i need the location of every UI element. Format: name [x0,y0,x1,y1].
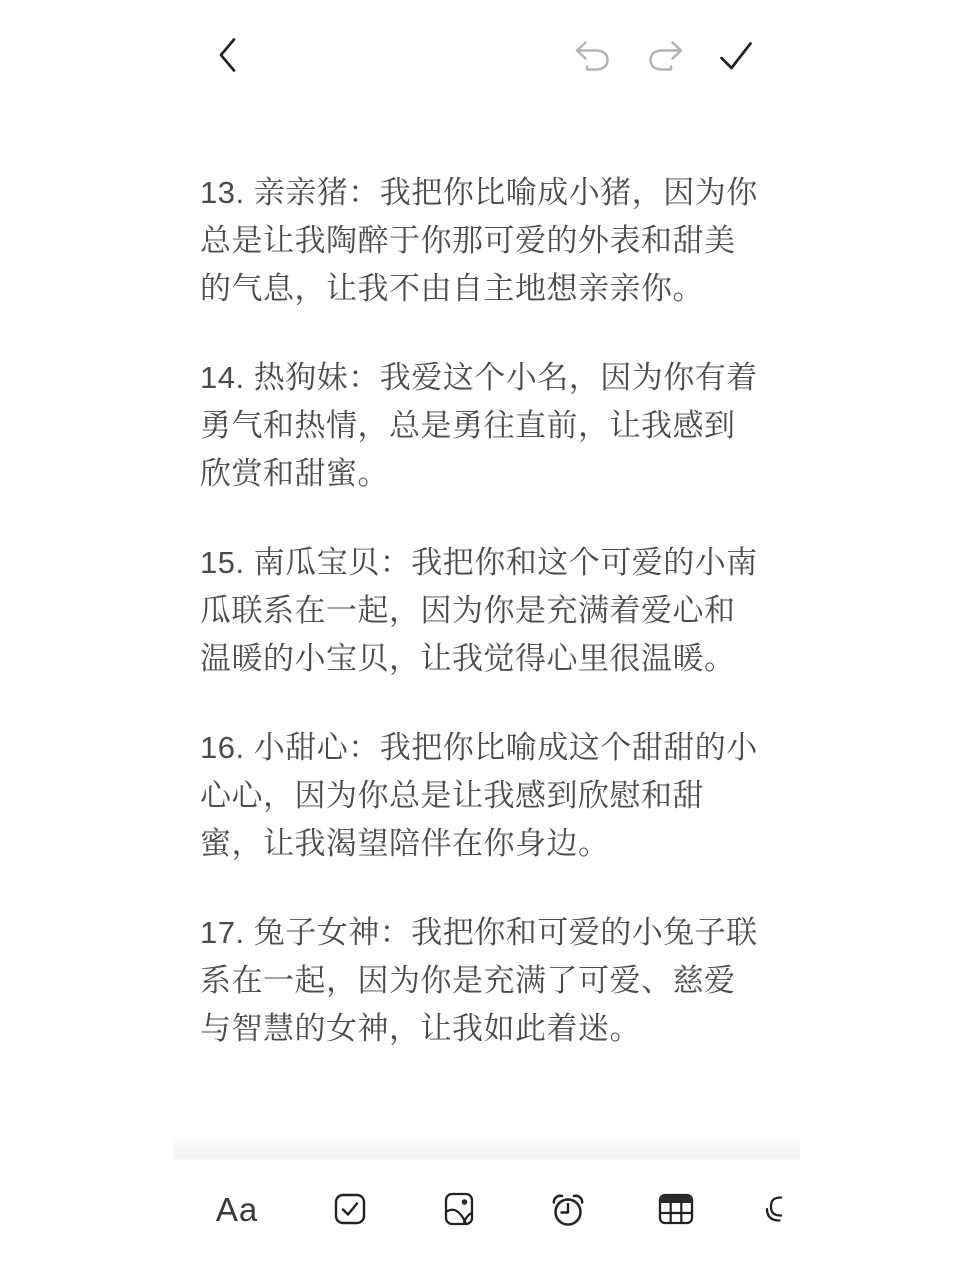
note-paragraph: 14. 热狗妹：我爱这个小名，因为你有着勇气和热情，总是勇往直前，让我感到欣赏和… [200,354,764,498]
insert-image-button[interactable] [435,1185,483,1233]
voice-input-button[interactable] [761,1185,800,1233]
redo-button[interactable] [642,33,688,79]
checkmark-icon [718,40,754,72]
content-bottom-divider [173,1138,800,1160]
undo-arrow-icon [574,41,611,72]
note-paragraph: 13. 亲亲猪：我把你比喻成小猪，因为你总是让我陶醉于你那可爱的外表和甜美的气息… [200,169,764,313]
image-icon [444,1192,474,1226]
chevron-left-icon [215,36,241,74]
back-button[interactable] [205,32,251,78]
table-icon [658,1193,694,1225]
screenshot-canvas: 13. 亲亲猪：我把你比喻成小猪，因为你总是让我陶醉于你那可爱的外表和甜美的气息… [0,0,960,1280]
redo-arrow-icon [647,41,684,72]
alarm-clock-icon [549,1191,587,1228]
note-paragraph: 15. 南瓜宝贝：我把你和这个可爱的小南瓜联系在一起，因为你是充满着爱心和温暖的… [200,539,764,683]
confirm-button[interactable] [713,33,759,79]
note-content[interactable]: 13. 亲亲猪：我把你比喻成小猪，因为你总是让我陶醉于你那可爱的外表和甜美的气息… [200,169,764,1094]
undo-button[interactable] [569,33,615,79]
note-paragraph: 17. 兔子女神：我把你和可爱的小兔子联系在一起，因为你是充满了可爱、慈爱与智慧… [200,909,764,1053]
checklist-button[interactable] [326,1185,374,1233]
reminder-button[interactable] [544,1185,592,1233]
microphone-icon [761,1191,785,1227]
note-paragraph: 16. 小甜心：我把你比喻成这个甜甜的小心心，因为你总是让我感到欣慰和甜蜜，让我… [200,724,764,868]
note-editor-screen: 13. 亲亲猪：我把你比喻成小猪，因为你总是让我陶醉于你那可爱的外表和甜美的气息… [173,0,800,1280]
checklist-icon [333,1192,367,1226]
text-format-label: Aa [216,1193,258,1226]
insert-table-button[interactable] [652,1185,700,1233]
text-format-button[interactable]: Aa [213,1185,261,1233]
